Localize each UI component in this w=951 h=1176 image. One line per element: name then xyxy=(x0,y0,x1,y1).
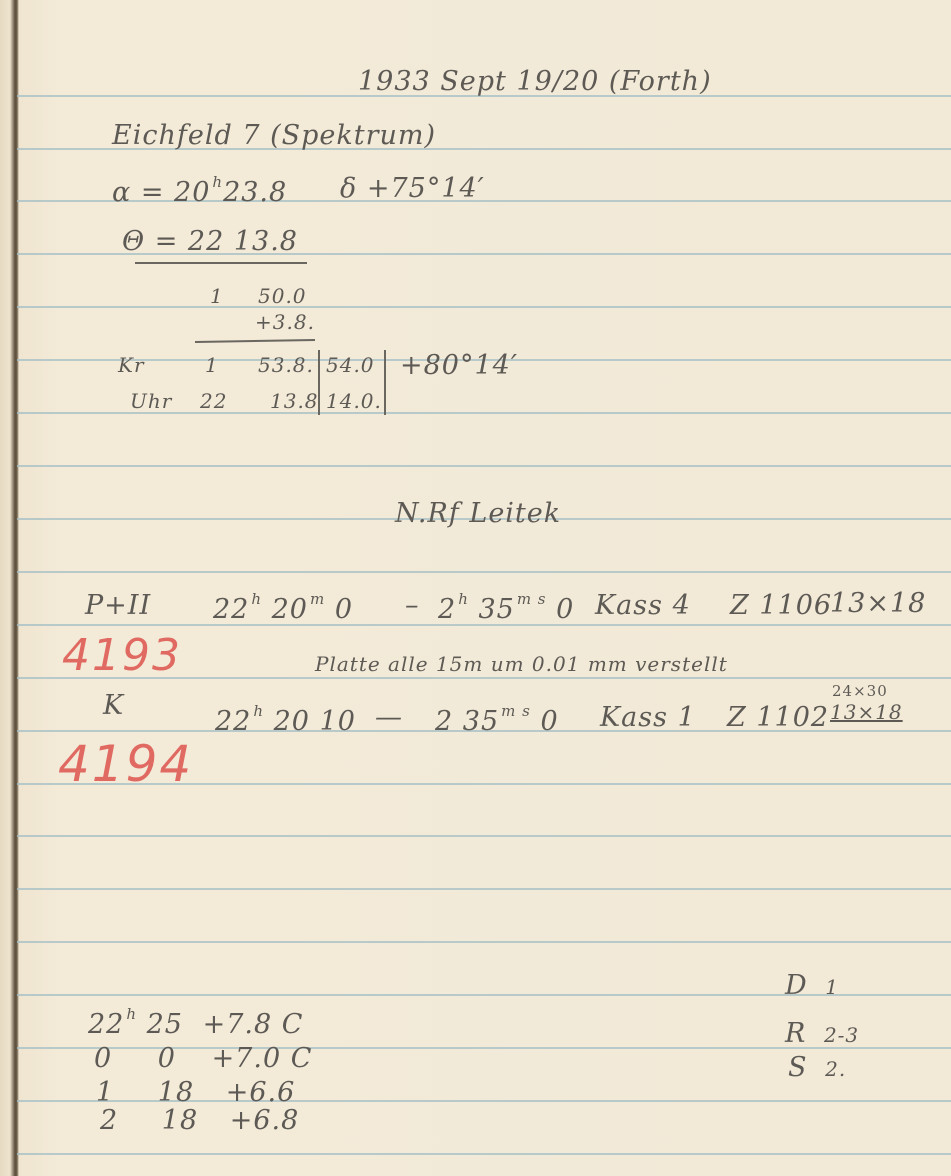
column-divider xyxy=(384,350,386,415)
uhr-label: Uhr xyxy=(130,389,172,413)
condition-r: R 2-3 xyxy=(785,1018,859,1049)
date-heading: 1933 Sept 19/20 (Forth) xyxy=(358,66,712,97)
exposure-2-instrument: K xyxy=(103,690,124,721)
temp-row-4: 2 18 +6.8 xyxy=(100,1105,299,1136)
uhr-col1: 22 xyxy=(200,389,227,413)
kr-col1: 1 xyxy=(205,353,219,377)
exposure-2-size-struck: 13×18 xyxy=(830,700,903,724)
sum-line xyxy=(195,339,315,343)
condition-s: S 2. xyxy=(788,1052,846,1083)
alpha-value: 23.8 xyxy=(223,177,287,208)
exposure-1-instrument: P+II xyxy=(85,590,151,621)
exposure-1-start: 22h 20m 0 xyxy=(213,590,353,625)
exposure-1-end: 2h 35m s 0 xyxy=(438,590,574,625)
exposure-2-size-new: 24×30 xyxy=(832,682,888,700)
sidereal-time: Θ = 22 13.8 xyxy=(122,226,298,257)
temp-row-2: 0 0 +7.0 C xyxy=(94,1043,312,1074)
condition-d: D 1 xyxy=(785,970,839,1001)
uhr-col3: 14.0. xyxy=(326,389,382,413)
exposure-1-size: 13×18 xyxy=(830,588,926,619)
plate-number-4193: 4193 xyxy=(62,630,182,681)
ruled-line xyxy=(17,888,951,890)
calc-correction: +3.8. xyxy=(255,310,315,334)
exposure-1-note: Platte alle 15m um 0.01 mm verstellt xyxy=(315,652,728,676)
ruled-line xyxy=(17,1153,951,1155)
target-name: Eichfeld 7 (Spektrum) xyxy=(112,120,436,151)
exposure-2-plate: Z 1102 xyxy=(727,702,829,733)
right-ascension: α = 20h23.8 xyxy=(112,173,287,208)
calc-row1-col2: 50.0 xyxy=(258,284,307,308)
alpha-label: α = 20 xyxy=(112,177,210,208)
exposure-2-start: 22h 20 10 xyxy=(215,702,356,737)
ruled-line xyxy=(17,835,951,837)
declination: δ +75°14′ xyxy=(340,173,485,204)
ruled-line xyxy=(17,941,951,943)
calc-row1-col1: 1 xyxy=(210,284,224,308)
plate-number-4194: 4194 xyxy=(58,735,193,793)
ruled-line xyxy=(17,571,951,573)
kr-declination: +80°14′ xyxy=(400,350,518,381)
kr-col3: 54.0 xyxy=(326,353,375,377)
section-title: N.Rf Leitek xyxy=(395,498,561,529)
exposure-2-end: 2 35m s 0 xyxy=(435,702,559,737)
temp-row-1: 22h 25 +7.8 C xyxy=(88,1005,303,1040)
kr-col2: 53.8. xyxy=(258,353,314,377)
exposure-1-cassette: Kass 4 xyxy=(595,590,691,621)
temp-row-3: 1 18 +6.6 xyxy=(96,1077,295,1108)
exposure-2-dash: — xyxy=(375,702,403,733)
kr-label: Kr xyxy=(118,353,145,377)
exposure-1-dash: – xyxy=(405,590,420,621)
alpha-hour-sup: h xyxy=(212,173,223,191)
exposure-1-plate: Z 1106 xyxy=(730,590,832,621)
uhr-col2: 13.8 xyxy=(270,389,319,413)
ruled-line xyxy=(17,306,951,308)
underline xyxy=(135,262,307,264)
notebook-page: 1933 Sept 19/20 (Forth) Eichfeld 7 (Spek… xyxy=(0,0,951,1176)
ruled-line xyxy=(17,465,951,467)
exposure-2-cassette: Kass 1 xyxy=(600,702,696,733)
